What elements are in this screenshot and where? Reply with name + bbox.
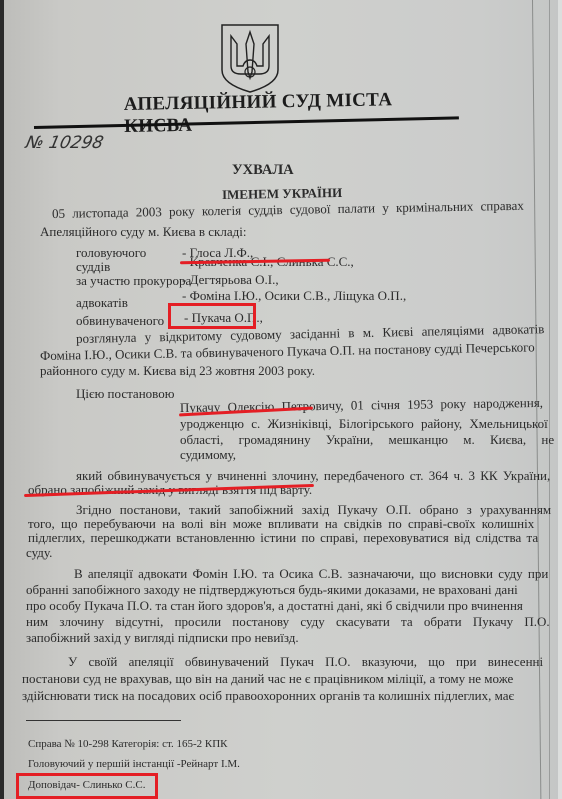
role-label: за участю прокурора <box>76 273 191 289</box>
body-line: уродженцю с. Жизніківці, Білогірського р… <box>180 416 548 432</box>
paper-edge <box>558 0 562 799</box>
role-value: - Фоміна І.Ю., Осики С.В., Ліщука О.П., <box>182 288 406 304</box>
body-line: області, громадянину України, мешканцю м… <box>180 432 554 448</box>
document-page: АПЕЛЯЦІЙНИЙ СУД МІСТА КИЄВА № 10298 УХВА… <box>4 0 562 799</box>
intro-line: Апеляційного суду м. Києва в складі: <box>40 224 246 240</box>
handwritten-number: № 10298 <box>24 133 105 153</box>
body-line: обранні запобіжного заходу не підтверджу… <box>26 582 518 598</box>
paper-edge <box>549 0 550 799</box>
role-label: обвинуваченого <box>76 313 164 329</box>
body-line: В апеляції адвокати Фомін І.Ю. та Осика … <box>74 566 548 582</box>
court-name: АПЕЛЯЦІЙНИЙ СУД МІСТА КИЄВА <box>124 88 465 138</box>
intro-line: 05 листопада 2003 року колегія суддів су… <box>52 198 524 222</box>
body-line: суду. <box>26 545 52 561</box>
body-line: судимому, <box>180 447 236 463</box>
red-box-annotation <box>168 303 256 329</box>
body-line: У своїй апеляції обвинувачений Пукач П.О… <box>68 654 543 670</box>
body-line: здійснювати тиск на посадових осіб право… <box>22 688 514 704</box>
footnote-rule <box>26 720 181 721</box>
body-line: Цією постановою <box>76 386 174 402</box>
body-line: районного суду м. Києва від 23 жовтня 20… <box>40 363 315 379</box>
case-number: Справа № 10-298 Категорія: ст. 165-2 КПК <box>28 738 227 750</box>
red-box-annotation <box>16 773 158 799</box>
body-line: ним злочину відсутні, просили постанову … <box>26 614 550 630</box>
role-label: адвокатів <box>76 295 128 311</box>
body-line: про особу Пукача П.О. та стан його здоро… <box>26 598 523 614</box>
role-value: - Дегтярьова О.І., <box>182 272 279 288</box>
body-line: підлеглих, перешкоджати встановленню іст… <box>28 530 538 546</box>
body-line: постанови суд не врахував, що він на дан… <box>22 671 513 687</box>
doc-type: УХВАЛА <box>232 162 294 179</box>
trident-coat-of-arms-icon <box>219 22 281 94</box>
body-line: запобіжний захід у вигляді підписки про … <box>26 630 299 646</box>
first-instance-judge: Головуючий у першій інстанції -Рейнарт І… <box>28 758 240 770</box>
